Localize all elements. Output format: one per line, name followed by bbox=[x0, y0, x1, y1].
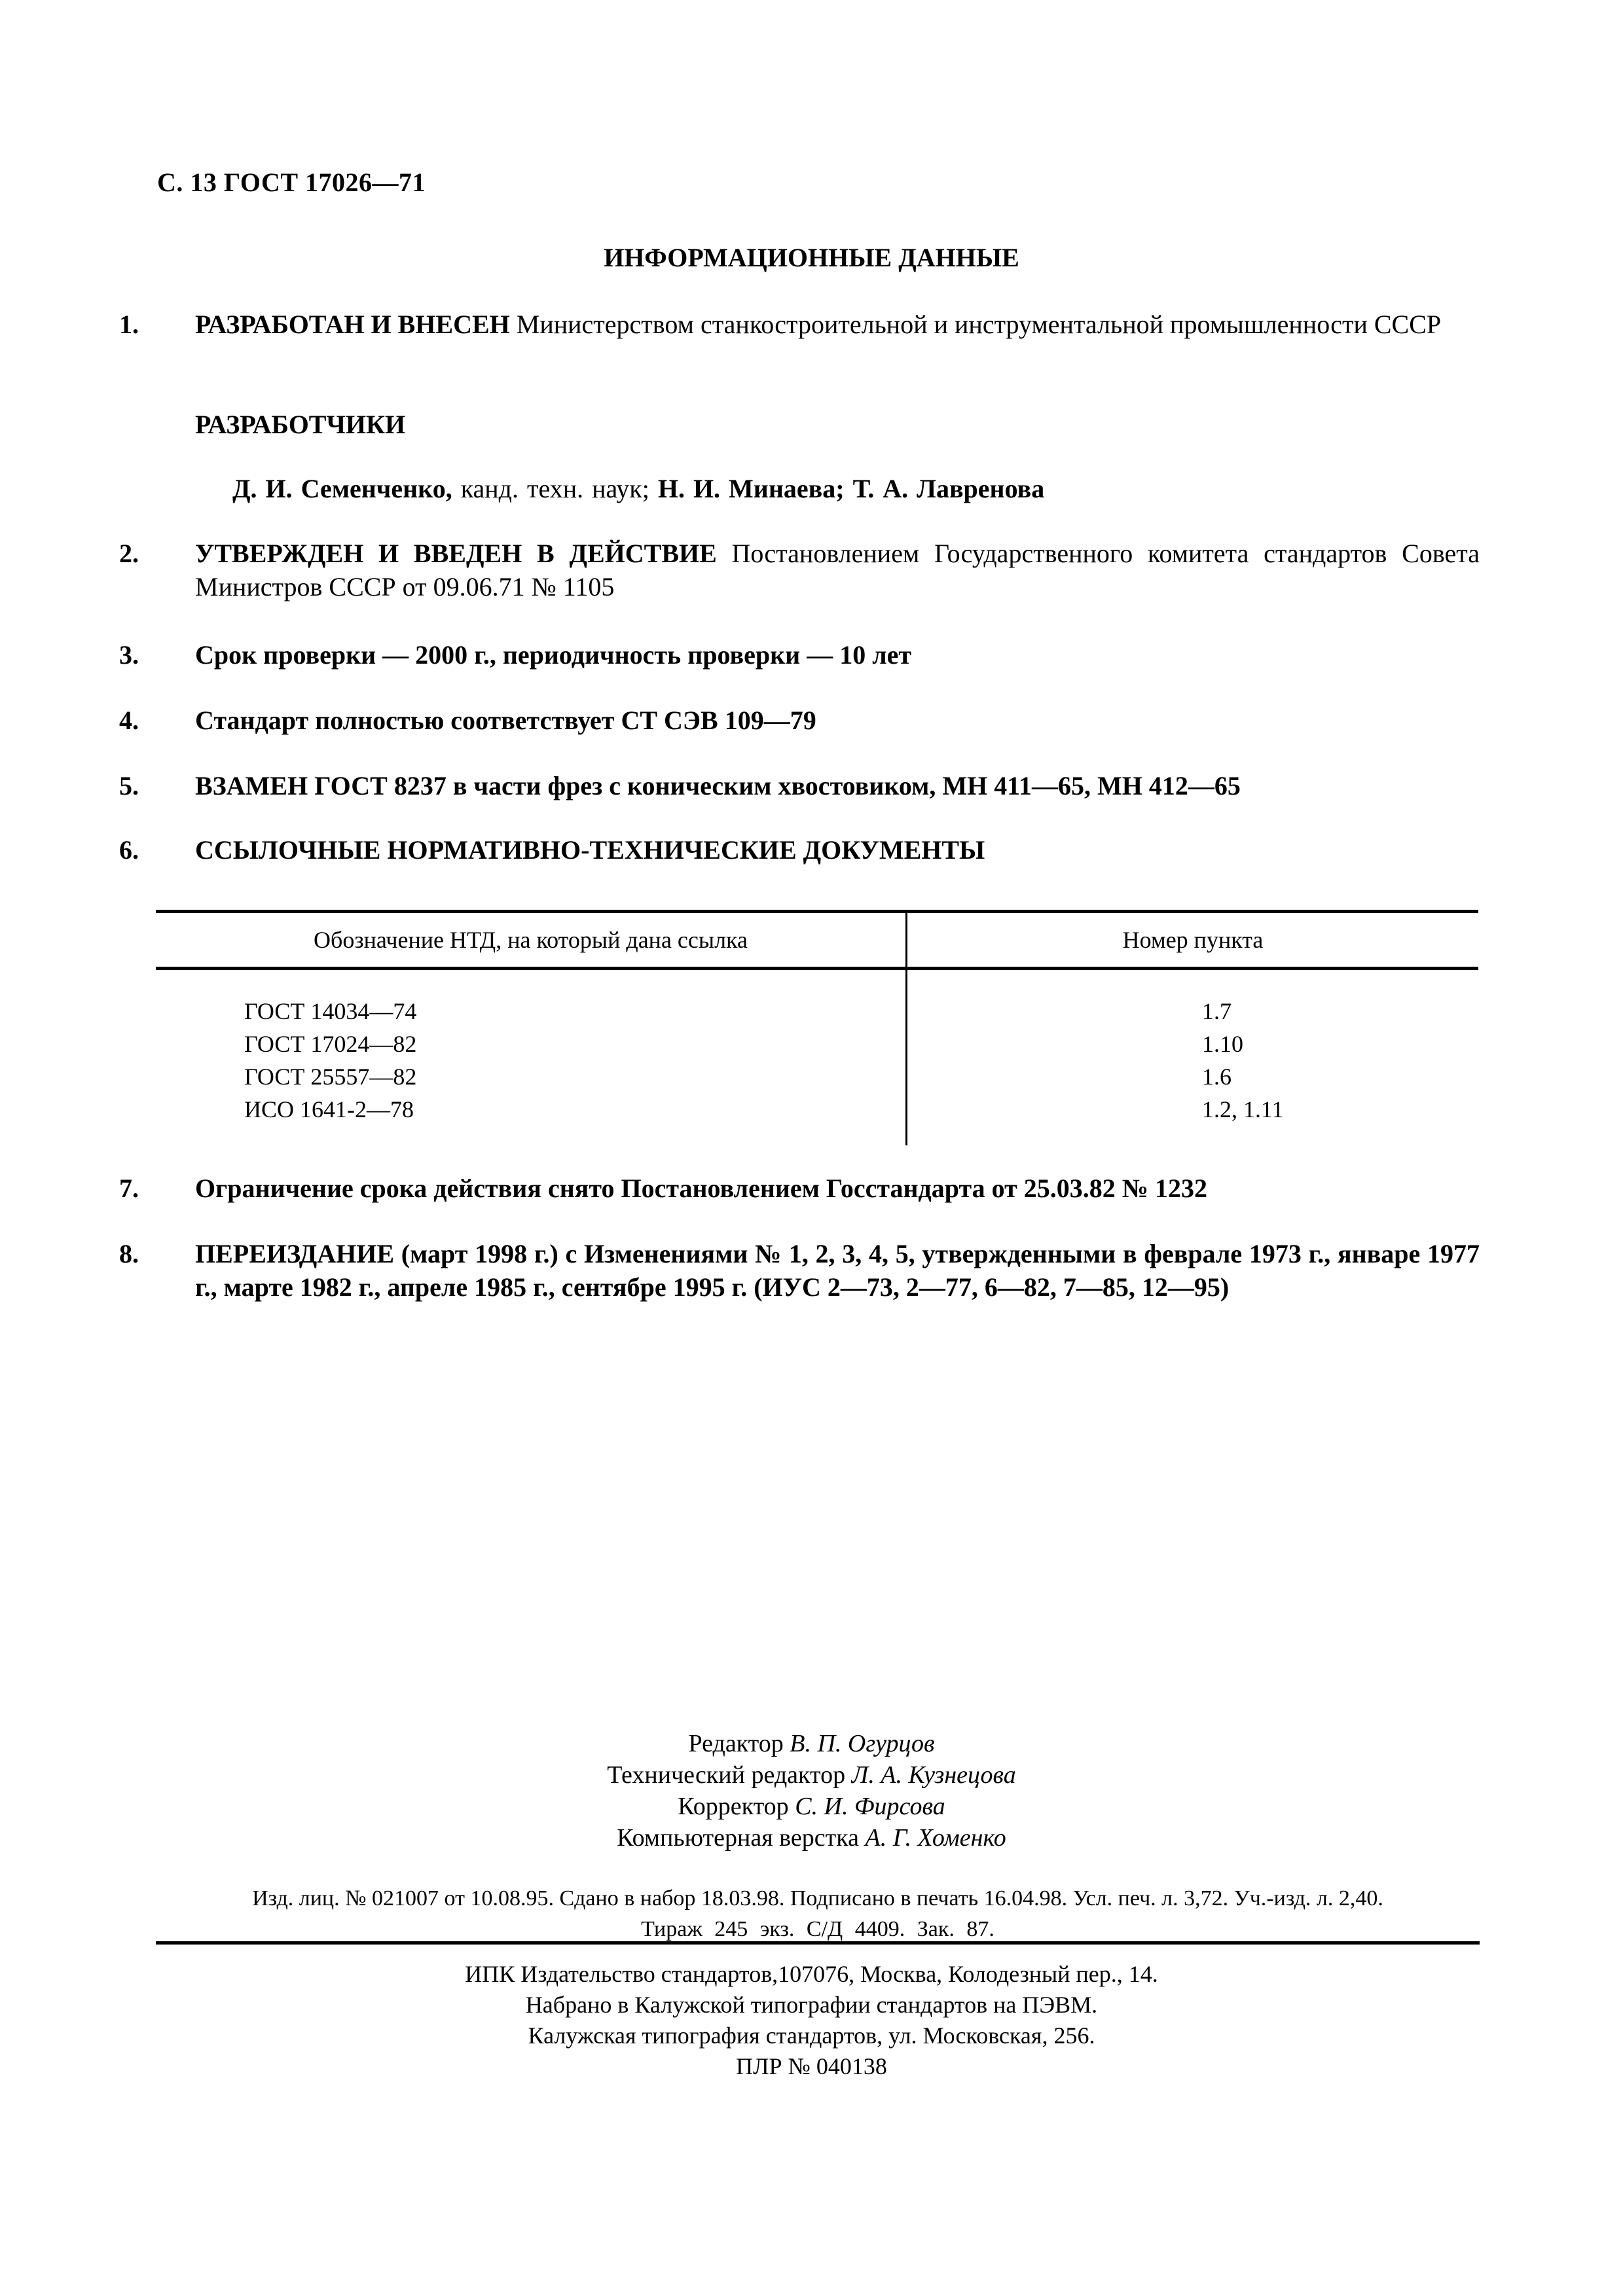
credit-editor: Редактор В. П. Огурцов bbox=[0, 1728, 1623, 1759]
table-row: ГОСТ 14034—74 1.7 bbox=[156, 995, 1478, 1028]
table-row: ГОСТ 25557—82 1.6 bbox=[156, 1060, 1478, 1093]
item-5-lead: ВЗАМЕН ГОСТ 8237 bbox=[195, 771, 447, 800]
item-5-text: в части фрез с коническим хвостовиком, М… bbox=[447, 771, 1241, 800]
imprint-line-1: Изд. лиц. № 021007 от 10.08.95. Сдано в … bbox=[156, 1883, 1480, 1914]
item-1-lead: РАЗРАБОТАН И ВНЕСЕН bbox=[195, 310, 510, 339]
developer-1: Д. И. Семенченко, bbox=[232, 474, 452, 503]
reference-document: ИСО 1641-2—78 bbox=[156, 1093, 907, 1126]
item-2: 2.УТВЕРЖДЕН И ВВЕДЕН В ДЕЙСТВИЕ Постанов… bbox=[157, 537, 1480, 603]
publisher-line: Набрано в Калужской типографии стандарто… bbox=[0, 1990, 1623, 2020]
item-5: 5.ВЗАМЕН ГОСТ 8237 в части фрез с кониче… bbox=[157, 769, 1480, 802]
item-1-text: Министерством станкостроительной и инстр… bbox=[510, 310, 1441, 339]
publisher-line: ИПК Издательство стандартов,107076, Моск… bbox=[0, 1959, 1623, 1990]
item-2-lead: УТВЕРЖДЕН И ВВЕДЕН В ДЕЙСТВИЕ bbox=[195, 539, 717, 568]
item-3-text: Срок проверки — 2000 г., периодичность п… bbox=[195, 640, 911, 670]
developers-list: Д. И. Семенченко, канд. техн. наук; Н. И… bbox=[232, 473, 1044, 504]
developer-1-degree: канд. техн. наук; bbox=[452, 474, 658, 503]
item-4: 4.Стандарт полностью соответствует СТ СЭ… bbox=[157, 704, 1480, 737]
table-row: ГОСТ 17024—82 1.10 bbox=[156, 1028, 1478, 1060]
reference-clause: 1.7 bbox=[907, 995, 1479, 1028]
publisher-block: ИПК Издательство стандартов,107076, Моск… bbox=[0, 1959, 1623, 2082]
reference-clause: 1.6 bbox=[907, 1060, 1479, 1093]
item-7-text: Ограничение срока действия снято Постано… bbox=[195, 1174, 1207, 1203]
item-7: 7.Ограничение срока действия снято Поста… bbox=[157, 1172, 1480, 1205]
column-header-document: Обозначение НТД, на который дана ссылка bbox=[156, 912, 907, 969]
developers-heading: РАЗРАБОТЧИКИ bbox=[195, 409, 405, 440]
credit-proofreader: Корректор С. И. Фирсова bbox=[0, 1791, 1623, 1822]
item-6-lead: ССЫЛОЧНЫЕ НОРМАТИВНО-ТЕХНИЧЕСКИЕ ДОКУМЕН… bbox=[195, 835, 985, 865]
page-header: С. 13 ГОСТ 17026—71 bbox=[157, 167, 426, 198]
item-6: 6.ССЫЛОЧНЫЕ НОРМАТИВНО-ТЕХНИЧЕСКИЕ ДОКУМ… bbox=[157, 833, 1480, 867]
document-title: ИНФОРМАЦИОННЫЕ ДАННЫЕ bbox=[0, 242, 1623, 273]
reference-clause: 1.10 bbox=[907, 1028, 1479, 1060]
publisher-line: Калужская типография стандартов, ул. Мос… bbox=[0, 2020, 1623, 2051]
credit-technical-editor: Технический редактор Л. А. Кузнецова bbox=[0, 1759, 1623, 1791]
column-header-clause: Номер пункта bbox=[907, 912, 1479, 969]
item-4-text: Стандарт полностью соответствует СТ СЭВ … bbox=[195, 706, 816, 735]
developers-others: Н. И. Минаева; Т. А. Лавренова bbox=[658, 474, 1044, 503]
item-8: 8.ПЕРЕИЗДАНИЕ (март 1998 г.) с Изменения… bbox=[157, 1237, 1480, 1304]
table-row: ИСО 1641-2—78 1.2, 1.11 bbox=[156, 1093, 1478, 1126]
item-1: 1.РАЗРАБОТАН И ВНЕСЕН Министерством стан… bbox=[157, 308, 1480, 341]
reference-document: ГОСТ 17024—82 bbox=[156, 1028, 907, 1060]
reference-clause: 1.2, 1.11 bbox=[907, 1093, 1479, 1126]
item-3: 3.Срок проверки — 2000 г., периодичность… bbox=[157, 638, 1480, 672]
table-header-row: Обозначение НТД, на который дана ссылка … bbox=[156, 912, 1478, 969]
references-table: Обозначение НТД, на который дана ссылка … bbox=[156, 910, 1478, 1145]
reference-document: ГОСТ 25557—82 bbox=[156, 1060, 907, 1093]
credits-block: Редактор В. П. Огурцов Технический редак… bbox=[0, 1728, 1623, 1854]
imprint-line-2: Тираж 245 экз. С/Д 4409. Зак. 87. bbox=[156, 1914, 1480, 1945]
divider bbox=[156, 1941, 1480, 1945]
imprint-block: Изд. лиц. № 021007 от 10.08.95. Сдано в … bbox=[156, 1883, 1480, 1945]
item-8-lead: ПЕРЕИЗДАНИЕ bbox=[195, 1239, 394, 1268]
reference-document: ГОСТ 14034—74 bbox=[156, 995, 907, 1028]
publisher-line: ПЛР № 040138 bbox=[0, 2051, 1623, 2082]
credit-layout: Компьютерная верстка А. Г. Хоменко bbox=[0, 1822, 1623, 1854]
